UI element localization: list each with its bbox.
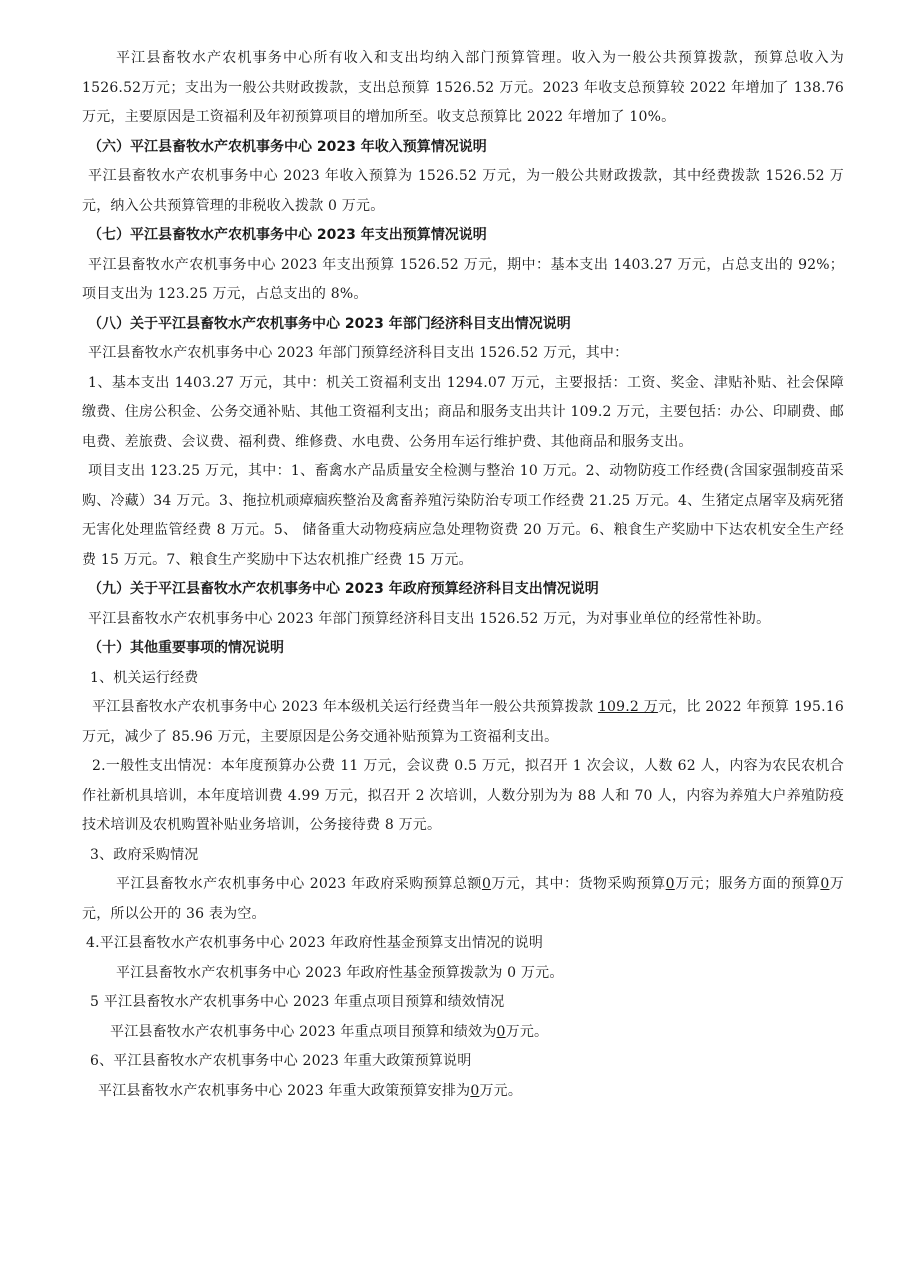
item-2-body: 2.一般性支出情况：本年度预算办公费 11 万元，会议费 0.5 万元，拟召开 … (82, 752, 844, 841)
item-3-text-b: 万元，其中：货物采购预算 (491, 876, 666, 892)
item-6-text-a: 平江县畜牧水产农机事务中心 2023 年重大政策预算安排为 (98, 1083, 470, 1099)
item-6-text-b: 万元。 (479, 1083, 522, 1099)
section-8-body-intro: 平江县畜牧水产农机事务中心 2023 年部门预算经济科目支出 1526.52 万… (82, 339, 844, 369)
item-5-text-a: 平江县畜牧水产农机事务中心 2023 年重点项目预算和绩效为 (110, 1024, 497, 1040)
document-page: 平江县畜牧水产农机事务中心所有收入和支出均纳入部门预算管理。收入为一般公共预算拨… (82, 44, 844, 1106)
item-3-body: 平江县畜牧水产农机事务中心 2023 年政府采购预算总额0万元，其中：货物采购预… (82, 870, 844, 929)
item-6-body: 平江县畜牧水产农机事务中心 2023 年重大政策预算安排为0万元。 (82, 1077, 844, 1107)
item-4-body: 平江县畜牧水产农机事务中心 2023 年政府性基金预算拨款为 0 万元。 (82, 959, 844, 989)
item-1-body: 平江县畜牧水产农机事务中心 2023 年本级机关运行经费当年一般公共预算拨款 1… (82, 693, 844, 752)
item-5-underlined-amount: 0 (497, 1024, 506, 1040)
section-6-body: 平江县畜牧水产农机事务中心 2023 年收入预算为 1526.52 万元，为一般… (82, 162, 844, 221)
section-6-heading: （六）平江县畜牧水产农机事务中心 2023 年收入预算情况说明 (82, 133, 844, 163)
section-8-heading: （八）关于平江县畜牧水产农机事务中心 2023 年部门经济科目支出情况说明 (82, 310, 844, 340)
section-8-project-expenditure: 项目支出 123.25 万元，其中：1、畜禽水产品质量安全检测与整治 10 万元… (82, 457, 844, 575)
item-5-text-b: 万元。 (506, 1024, 549, 1040)
item-1-body-text-a: 平江县畜牧水产农机事务中心 2023 年本级机关运行经费当年一般公共预算拨款 (92, 699, 598, 715)
item-3-text-c: 万元；服务方面的预算 (675, 876, 821, 892)
item-3-text-a: 平江县畜牧水产农机事务中心 2023 年政府采购预算总额 (116, 876, 482, 892)
item-1-underlined-amount: 109.2 万 (598, 699, 658, 715)
section-7-heading: （七）平江县畜牧水产农机事务中心 2023 年支出预算情况说明 (82, 221, 844, 251)
item-5-body: 平江县畜牧水产农机事务中心 2023 年重点项目预算和绩效为0万元。 (82, 1018, 844, 1048)
item-5-heading: 5 平江县畜牧水产农机事务中心 2023 年重点项目预算和绩效情况 (82, 988, 844, 1018)
item-3-underlined-total: 0 (482, 876, 491, 892)
section-7-body: 平江县畜牧水产农机事务中心 2023 年支出预算 1526.52 万元，期中：基… (82, 251, 844, 310)
item-3-heading: 3、政府采购情况 (82, 841, 844, 871)
intro-paragraph: 平江县畜牧水产农机事务中心所有收入和支出均纳入部门预算管理。收入为一般公共预算拨… (82, 44, 844, 133)
section-9-body: 平江县畜牧水产农机事务中心 2023 年部门预算经济科目支出 1526.52 万… (82, 605, 844, 635)
item-4-heading: 4.平江县畜牧水产农机事务中心 2023 年政府性基金预算支出情况的说明 (82, 929, 844, 959)
item-3-underlined-goods: 0 (666, 876, 675, 892)
item-1-heading: 1、机关运行经费 (82, 664, 844, 694)
section-10-heading: （十）其他重要事项的情况说明 (82, 634, 844, 664)
section-9-heading: （九）关于平江县畜牧水产农机事务中心 2023 年政府预算经济科目支出情况说明 (82, 575, 844, 605)
section-8-basic-expenditure: 1、基本支出 1403.27 万元，其中：机关工资福利支出 1294.07 万元… (82, 369, 844, 458)
item-6-heading: 6、平江县畜牧水产农机事务中心 2023 年重大政策预算说明 (82, 1047, 844, 1077)
